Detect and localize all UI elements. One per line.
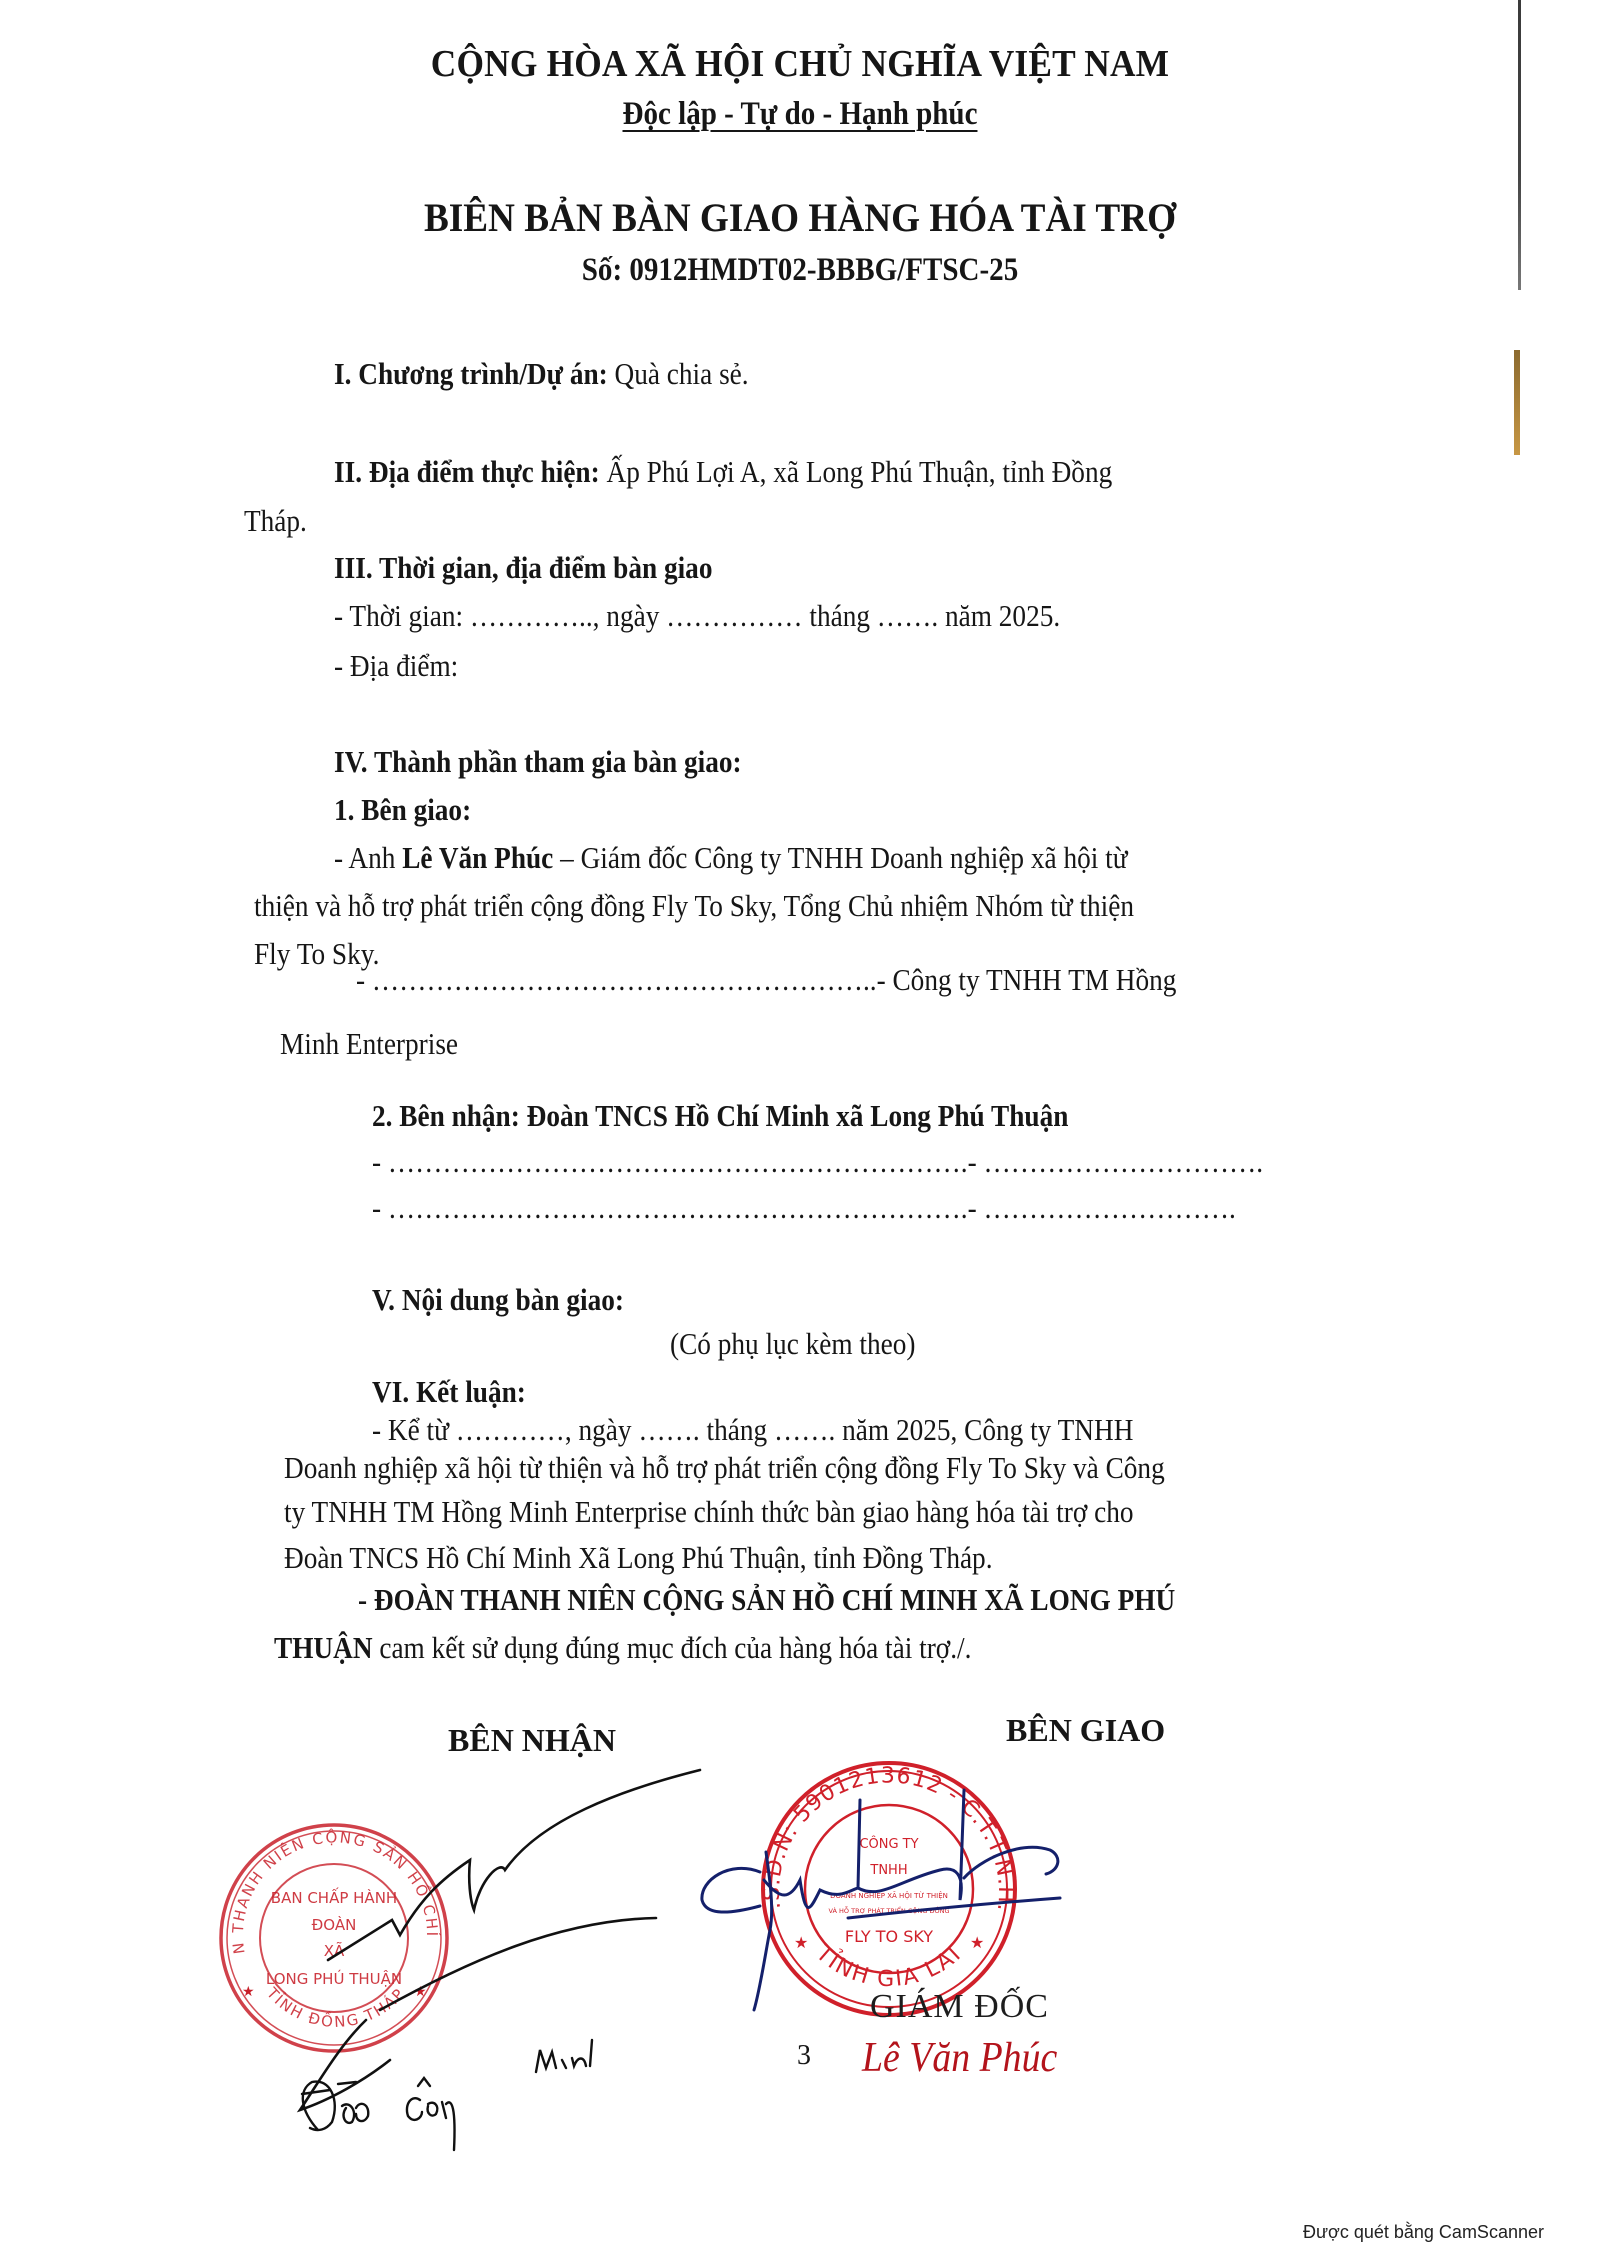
giver-stamp-bottom-text: TỈNH GIA LAI	[810, 1940, 967, 1992]
conclusion-line-1: - Kể từ …………, ngày ……. tháng ……. năm 202…	[372, 1412, 1133, 1448]
section-location-cont: Tháp.	[244, 503, 307, 539]
giver-person-line-2: thiện và hỗ trợ phát triển cộng đồng Fly…	[254, 888, 1134, 924]
handover-place: - Địa điểm:	[334, 648, 458, 684]
giver-stamp-line-2: TNHH	[869, 1863, 907, 1878]
giver-person-prefix: - Anh	[334, 840, 402, 875]
commitment-text: cam kết sử dụng đúng mục đích của hàng h…	[373, 1630, 972, 1665]
section-location-value: Ấp Phú Lợi A, xã Long Phú Thuận, tỉnh Đồ…	[600, 454, 1113, 489]
receiver-line-1: - ……………………………………………………….- ………………………….	[372, 1144, 1263, 1180]
scanner-watermark: Được quét bằng CamScanner	[1303, 2222, 1544, 2243]
receiver-stamp-line-1: BAN CHẤP HÀNH	[271, 1886, 397, 1907]
conclusion-line-3: ty TNHH TM Hồng Minh Enterprise chính th…	[284, 1494, 1133, 1530]
receiver-line-2: - ……………………………………………………….- ……………………….	[372, 1190, 1236, 1226]
handover-time: - Thời gian: ………….., ngày …………… tháng ………	[334, 598, 1060, 634]
receiver-stamp-line-3: XÃ	[324, 1941, 345, 1960]
receiver-label: 2. Bên nhận: Đoàn TNCS Hồ Chí Minh xã Lo…	[372, 1098, 1068, 1134]
svg-text:★: ★	[242, 1985, 255, 2000]
section-location-label: II. Địa điểm thực hiện:	[334, 454, 600, 489]
conclusion-line-2: Doanh nghiệp xã hội từ thiện và hỗ trợ p…	[284, 1450, 1165, 1486]
giver-title: GIÁM ĐỐC	[870, 1988, 1049, 2026]
motto: Độc lập - Tự do - Hạnh phúc	[96, 96, 1504, 133]
giver-person-line: - Anh Lê Văn Phúc – Giám đốc Công ty TNH…	[334, 840, 1127, 876]
conclusion-line-4: Đoàn TNCS Hồ Chí Minh Xã Long Phú Thuận,…	[284, 1540, 993, 1576]
giver-company-line: - ………………………………………………..- Công ty TNHH TM …	[356, 962, 1176, 998]
giver-stamp-line-3: DOANH NGHIỆP XÃ HỘI TỪ THIỆN	[830, 1891, 948, 1900]
document-number: Số: 0912HMDT02-BBBG/FTSC-25	[96, 252, 1504, 289]
giver-person-role: – Giám đốc Công ty TNHH Doanh nghiệp xã …	[553, 840, 1127, 875]
svg-text:★: ★	[970, 1935, 984, 1952]
receiver-stamp-line-4: LONG PHÚ THUẬN	[266, 1969, 402, 1988]
giver-stamp-line-1: CÔNG TY	[859, 1836, 918, 1852]
page-number: 3	[797, 2040, 811, 2072]
giver-stamp-line-4: VÀ HỖ TRỢ PHÁT TRIỂN CỘNG ĐỒNG	[829, 1905, 950, 1915]
receiver-stamp: ĐOÀN THANH NIÊN CỘNG SẢN HỒ CHÍ MINH TỈN…	[214, 1818, 454, 2058]
giver-label: 1. Bên giao:	[334, 792, 471, 828]
section-time-label: III. Thời gian, địa điểm bàn giao	[334, 550, 712, 586]
giver-stamp-line-5: FLY TO SKY	[845, 1927, 933, 1946]
svg-text:M.S.D.N: 5901213612 - C.T.T.N.: M.S.D.N: 5901213612 - C.T.T.N.H.H	[758, 1758, 1018, 1914]
section-conclusion-label: VI. Kết luận:	[372, 1374, 526, 1410]
page-edge-strip	[1514, 350, 1520, 455]
giver-company-line-2: Minh Enterprise	[280, 1026, 458, 1062]
giver-person-name: Lê Văn Phúc	[402, 840, 553, 875]
commitment-org: THUẬN	[274, 1630, 373, 1665]
country-heading: CỘNG HÒA XÃ HỘI CHỦ NGHĨA VIỆT NAM	[56, 42, 1544, 86]
section-location: II. Địa điểm thực hiện: Ấp Phú Lợi A, xã…	[334, 454, 1112, 490]
appendix-note: (Có phụ lục kèm theo)	[670, 1326, 915, 1362]
giver-stamp: M.S.D.N: 5901213612 - C.T.T.N.H.H TỈNH G…	[758, 1758, 1020, 2020]
svg-text:TỈNH GIA LAI: TỈNH GIA LAI	[810, 1940, 967, 1992]
svg-text:★: ★	[794, 1935, 808, 1952]
receiver-signature-heading: BÊN NHẬN	[448, 1722, 616, 1759]
section-participants-label: IV. Thành phần tham gia bàn giao:	[334, 744, 742, 780]
giver-signature-heading: BÊN GIAO	[1006, 1712, 1165, 1749]
section-program-value: Quà chia sẻ.	[608, 356, 749, 391]
commitment-line-2: THUẬN cam kết sử dụng đúng mục đích của …	[274, 1630, 971, 1666]
document-title: BIÊN BẢN BÀN GIAO HÀNG HÓA TÀI TRỢ	[56, 194, 1544, 241]
section-content-label: V. Nội dung bàn giao:	[372, 1282, 624, 1318]
giver-name: Lê Văn Phúc	[862, 2034, 1057, 2082]
section-program-label: I. Chương trình/Dự án:	[334, 356, 608, 391]
receiver-stamp-line-2: ĐOÀN	[312, 1915, 357, 1934]
commitment-line-1: - ĐOÀN THANH NIÊN CỘNG SẢN HỒ CHÍ MINH X…	[358, 1582, 1175, 1618]
svg-text:★: ★	[414, 1985, 427, 2000]
giver-stamp-outer-text: M.S.D.N: 5901213612 - C.T.T.N.H.H	[758, 1758, 1018, 1914]
section-program: I. Chương trình/Dự án: Quà chia sẻ.	[334, 356, 749, 392]
